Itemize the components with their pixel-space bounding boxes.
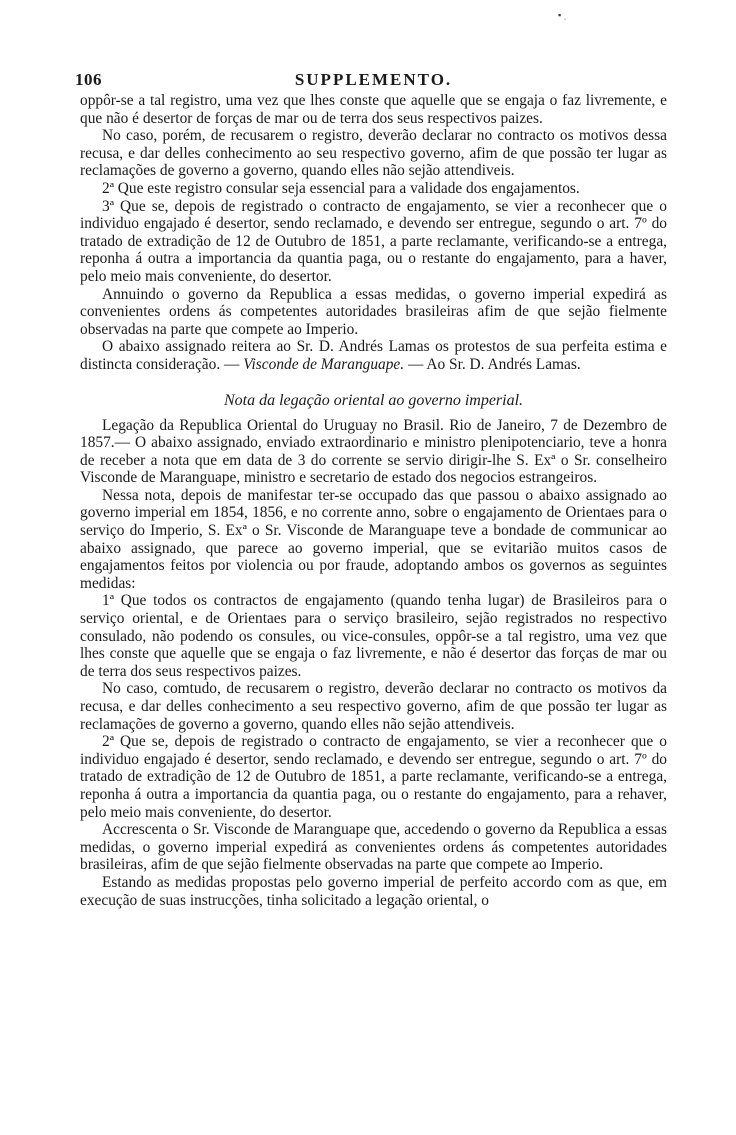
paragraph: No caso, porém, de recusarem o registro,…	[80, 127, 667, 180]
paragraph: 1ª Que todos os contractos de engajament…	[80, 592, 667, 680]
addressee: — Ao Sr. D. Andrés Lamas.	[404, 356, 581, 373]
paragraph: Nessa nota, depois de manifestar ter-se …	[80, 487, 667, 593]
section-continuation: oppôr-se a tal registro, uma vez que lhe…	[80, 92, 667, 374]
section-note: Legação da Republica Oriental do Uruguay…	[80, 417, 667, 910]
print-specks: ▪ ˌ	[558, 10, 566, 20]
paragraph: Legação da Republica Oriental do Uruguay…	[80, 417, 667, 487]
running-head: 106 SUPPLEMENTO.	[80, 70, 667, 92]
paragraph: Estando as medidas propostas pelo govern…	[80, 874, 667, 909]
closing-paragraph: O abaixo assignado reitera ao Sr. D. And…	[80, 338, 667, 373]
signature: Visconde de Maranguape.	[243, 356, 404, 373]
paragraph: 3ª Que se, depois de registrado o contra…	[80, 198, 667, 286]
section-heading: Nota da legação oriental ao governo impe…	[80, 392, 667, 410]
paragraph: Annuindo o governo da Republica a essas …	[80, 286, 667, 339]
paragraph: No caso, comtudo, de recusarem o registr…	[80, 680, 667, 733]
paragraph: 2ª Que este registro consular seja essen…	[80, 180, 667, 198]
running-title: SUPPLEMENTO.	[80, 70, 667, 90]
document-page: 106 SUPPLEMENTO. oppôr-se a tal registro…	[80, 70, 667, 909]
paragraph: Accrescenta o Sr. Visconde de Maranguape…	[80, 821, 667, 874]
paragraph: 2ª Que se, depois de registrado o contra…	[80, 733, 667, 821]
paragraph: oppôr-se a tal registro, uma vez que lhe…	[80, 92, 667, 127]
